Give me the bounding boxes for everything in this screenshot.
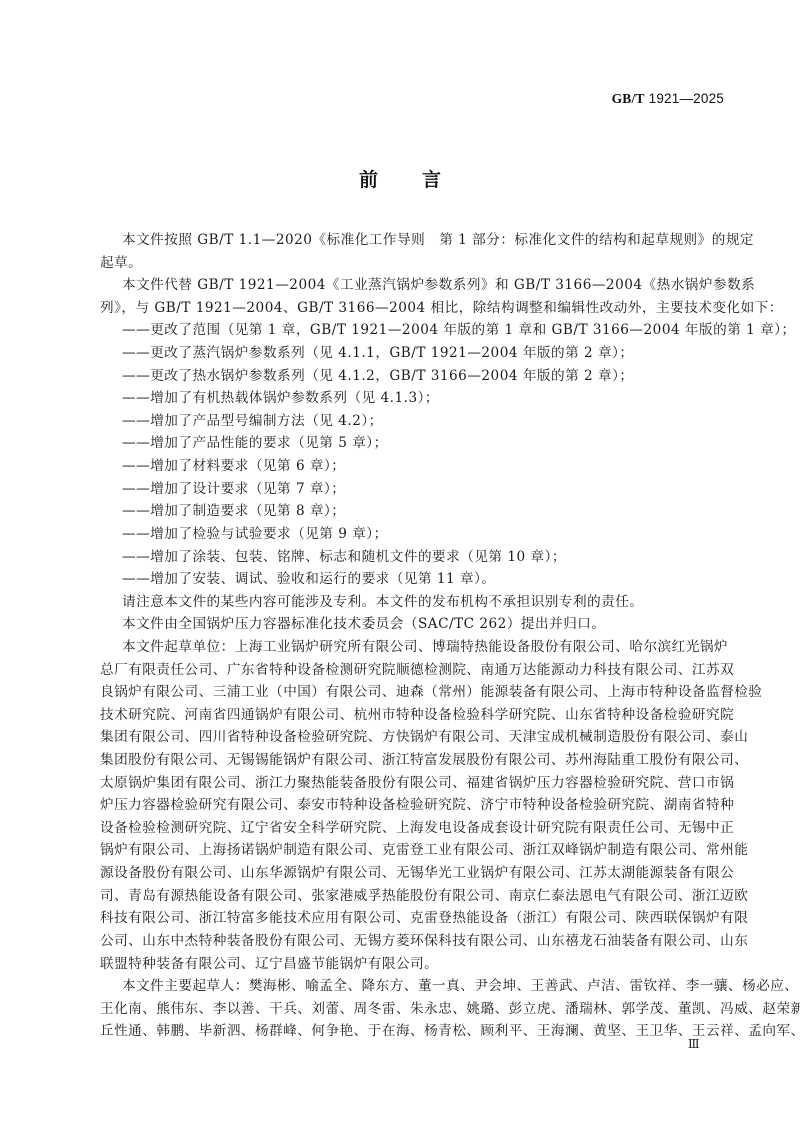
drafting-units-line: 联盟特种装备有限公司、辽宁昌盛节能锅炉有限公司。 bbox=[100, 953, 714, 976]
paragraph-line: 起草。 bbox=[100, 252, 714, 275]
drafting-units-line: 本文件起草单位：上海工业锅炉研究所有限公司、博瑞特热能设备股份有限公司、哈尔滨红… bbox=[100, 636, 714, 659]
drafters-line: 王化南、熊伟东、李以善、干兵、刘蕾、周冬雷、朱永忠、姚璐、彭立虎、潘瑞林、郭学茂… bbox=[100, 998, 714, 1021]
paragraph-line: 本文件代替 GB/T 1921—2004《工业蒸汽锅炉参数系列》和 GB/T 3… bbox=[100, 274, 714, 297]
patent-notice: 请注意本文件的某些内容可能涉及专利。本文件的发布机构不承担识别专利的责任。 bbox=[100, 591, 714, 614]
change-list-item: ——增加了涂装、包装、铭牌、标志和随机文件的要求（见第 10 章）； bbox=[100, 546, 714, 569]
drafting-units-line: 源设备股份有限公司、山东华源锅炉有限公司、无锡华光工业锅炉有限公司、江苏太湖能源… bbox=[100, 862, 714, 885]
change-list-item: ——增加了有机热载体锅炉参数系列（见 4.1.3）； bbox=[100, 387, 714, 410]
change-list-item: ——增加了检验与试验要求（见第 9 章）； bbox=[100, 523, 714, 546]
drafting-units-line: 总厂有限责任公司、广东省特种设备检测研究院顺德检测院、南通万达能源动力科技有限公… bbox=[100, 659, 714, 682]
change-list-item: ——增加了制造要求（见第 8 章）； bbox=[100, 500, 714, 523]
standard-prefix: GB/T bbox=[612, 91, 645, 106]
drafters-line: 本文件主要起草人：樊海彬、喻孟全、降东方、董一真、尹会坤、王善武、卢洁、雷钦祥、… bbox=[100, 975, 714, 998]
paragraph-line: 本文件按照 GB/T 1.1—2020《标准化工作导则 第 1 部分：标准化文件… bbox=[100, 229, 714, 252]
drafting-units-line: 科技有限公司、浙江特富多能技术应用有限公司、克雷登热能设备（浙江）有限公司、陕西… bbox=[100, 907, 714, 930]
proposer-statement: 本文件由全国锅炉压力容器标准化技术委员会（SAC/TC 262）提出并归口。 bbox=[100, 613, 714, 636]
drafting-units-line: 司、青岛有源热能设备有限公司、张家港威孚热能股份有限公司、南京仁泰法恩电气有限公… bbox=[100, 885, 714, 908]
drafting-units-line: 锅炉有限公司、上海扬诺锅炉制造有限公司、克雷登工业有限公司、浙江双峰锅炉制造有限… bbox=[100, 839, 714, 862]
change-list-item: ——更改了热水锅炉参数系列（见 4.1.2，GB/T 3166—2004 年版的… bbox=[100, 365, 714, 388]
drafting-units-line: 公司、山东中杰特种装备股份有限公司、无锡方菱环保科技有限公司、山东禧龙石油装备有… bbox=[100, 930, 714, 953]
standard-code-header: GB/T1921—2025 bbox=[612, 91, 724, 107]
paragraph-line: 列》，与 GB/T 1921—2004、GB/T 3166—2004 相比，除结… bbox=[100, 297, 714, 320]
change-list-item: ——增加了设计要求（见第 7 章）； bbox=[100, 478, 714, 501]
change-list-item: ——更改了蒸汽锅炉参数系列（见 4.1.1，GB/T 1921—2004 年版的… bbox=[100, 342, 714, 365]
drafting-units-line: 技术研究院、河南省四通锅炉有限公司、杭州市特种设备检验科学研究院、山东省特种设备… bbox=[100, 704, 714, 727]
drafting-units-line: 集团有限公司、四川省特种设备检验研究院、方快锅炉有限公司、天津宝成机械制造股份有… bbox=[100, 726, 714, 749]
change-list-item: ——更改了范围（见第 1 章，GB/T 1921—2004 年版的第 1 章和 … bbox=[100, 319, 714, 342]
change-list-item: ——增加了产品型号编制方法（见 4.2）； bbox=[100, 410, 714, 433]
document-page: GB/T1921—2025 前言 本文件按照 GB/T 1.1—2020《标准化… bbox=[0, 0, 800, 1131]
foreword-body: 本文件按照 GB/T 1.1—2020《标准化工作导则 第 1 部分：标准化文件… bbox=[100, 229, 714, 1043]
change-list-item: ——增加了安装、调试、验收和运行的要求（见第 11 章）。 bbox=[100, 568, 714, 591]
page-title: 前言 bbox=[0, 165, 800, 192]
drafting-units-line: 集团股份有限公司、无锡锡能锅炉有限公司、浙江特富发展股份有限公司、苏州海陆重工股… bbox=[100, 749, 714, 772]
drafting-units-line: 良锅炉有限公司、三浦工业（中国）有限公司、迪森（常州）能源装备有限公司、上海市特… bbox=[100, 681, 714, 704]
page-number: Ⅲ bbox=[688, 1037, 700, 1051]
change-list-item: ——增加了产品性能的要求（见第 5 章）； bbox=[100, 432, 714, 455]
drafters-line: 丘性通、韩鹏、毕新泗、杨群峰、何争艳、于在海、杨青松、顾利平、王海澜、黄坚、王卫… bbox=[100, 1020, 714, 1043]
change-list-item: ——增加了材料要求（见第 6 章）； bbox=[100, 455, 714, 478]
drafting-units-line: 太原锅炉集团有限公司、浙江力聚热能装备股份有限公司、福建省锅炉压力容器检验研究院… bbox=[100, 772, 714, 795]
drafting-units-line: 炉压力容器检验研究有限公司、泰安市特种设备检验研究院、济宁市特种设备检验研究院、… bbox=[100, 794, 714, 817]
drafting-units-line: 设备检验检测研究院、辽宁省安全科学研究院、上海发电设备成套设计研究院有限责任公司… bbox=[100, 817, 714, 840]
standard-number: 1921—2025 bbox=[649, 91, 724, 106]
